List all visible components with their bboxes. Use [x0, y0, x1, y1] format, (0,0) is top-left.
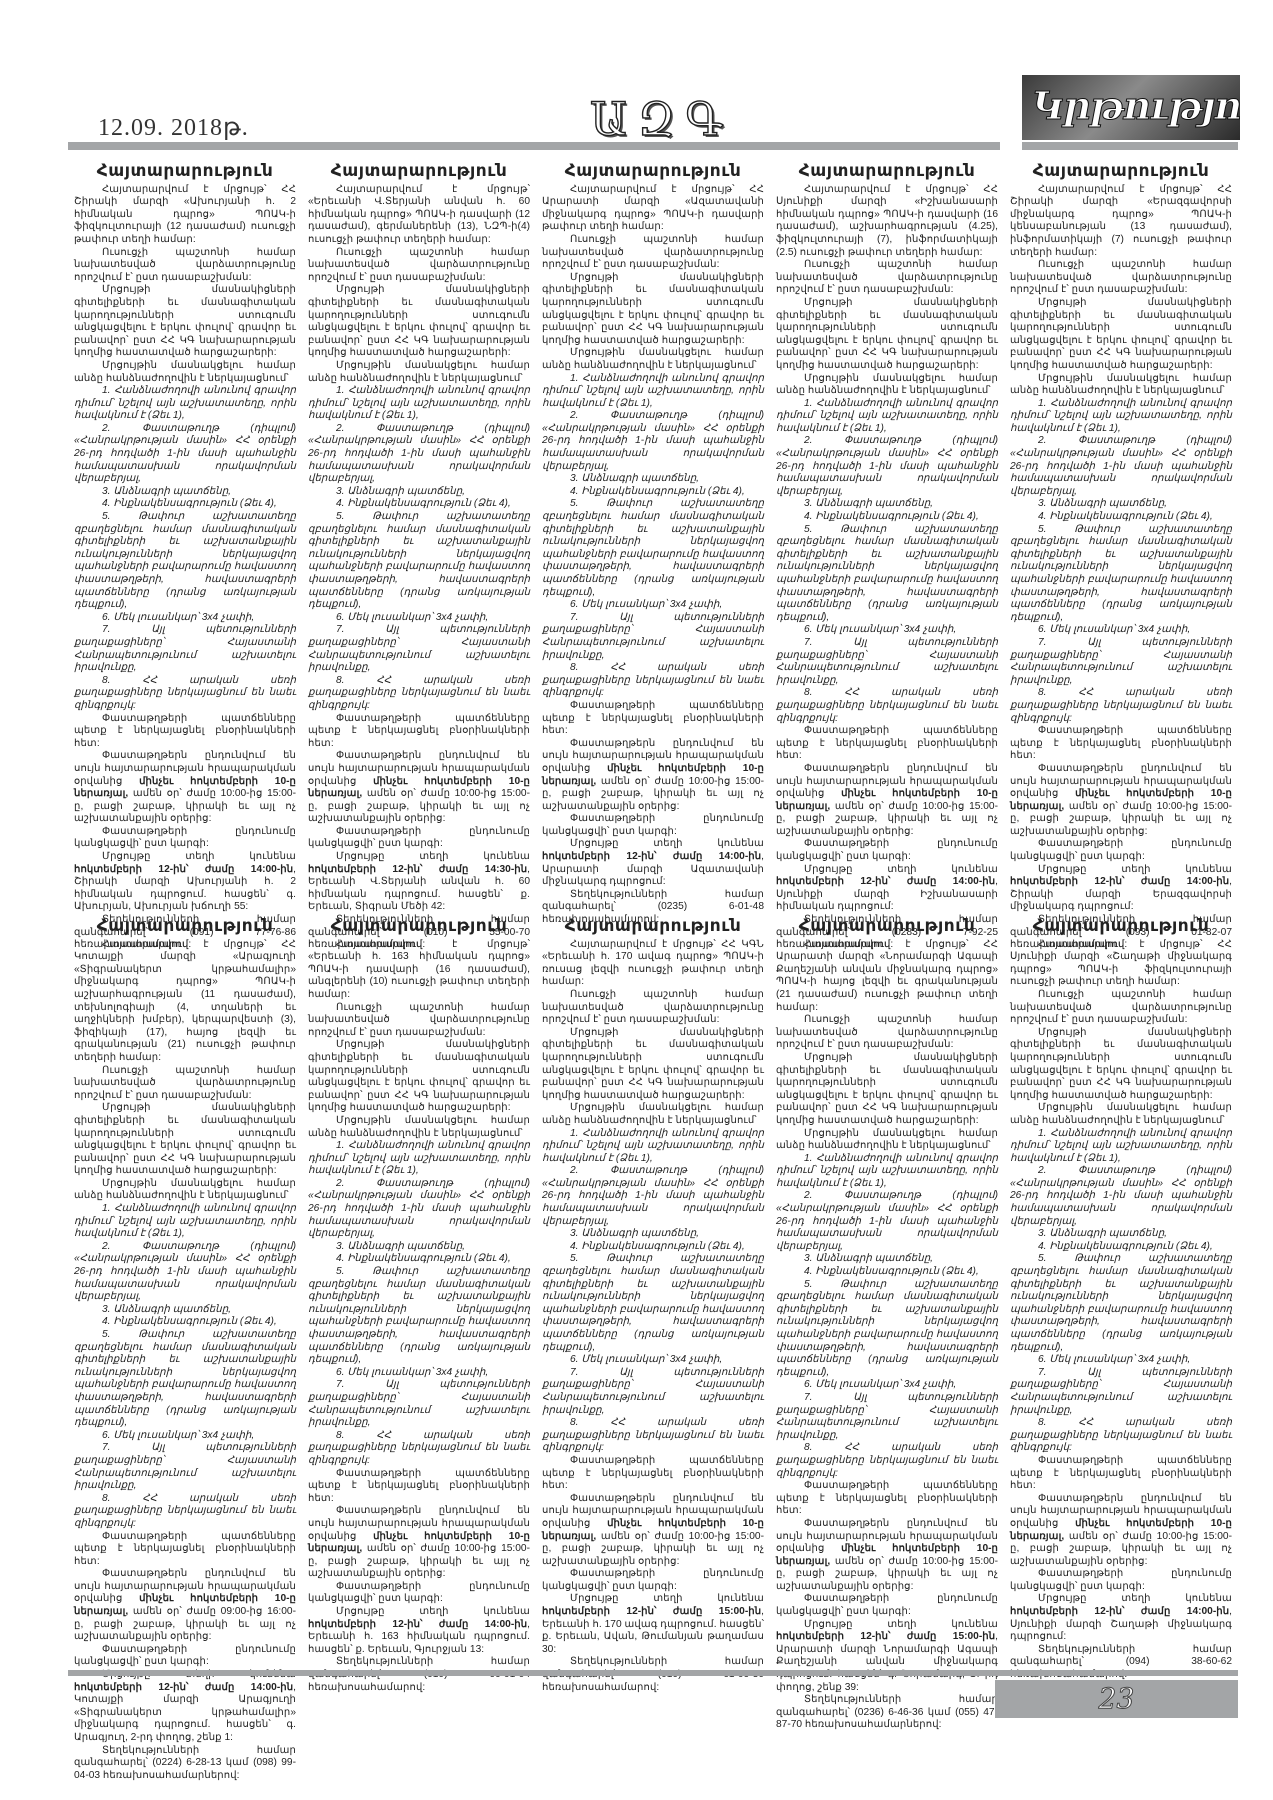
doc-item: 1. Հանձնաժողովի անունով գրավոր դիմում՝ ն… — [1010, 398, 1232, 436]
exam-datetime: հոկտեմբերի 12-ին՝ ժամը 14:00-ին — [74, 864, 293, 875]
doc-item: 1. Հանձնաժողովի անունով գրավոր դիմում՝ ն… — [776, 1153, 998, 1191]
doc-item: 8. ՀՀ արական սեռի քաղաքացիները ներկայացն… — [308, 675, 530, 713]
announcement: Հայտարարություն Հայտարարվում է մրցույթ՝ … — [1004, 165, 1238, 910]
announcement-venue: Մրցույթը տեղի կունենա հոկտեմբերի 12-ին՝ … — [542, 838, 764, 888]
announcement-docs-intro: Մրցույթին մասնակցելու համար անձը հանձնաժ… — [308, 1115, 530, 1140]
announcement-heading: Հայտարարություն — [1010, 920, 1232, 933]
doc-item: 8. ՀՀ արական սեռի քաղաքացիները ներկայացն… — [1010, 687, 1232, 725]
doc-item: 4. Ինքնակենսագրություն (Ձեւ 4), — [542, 486, 764, 499]
doc-item: 5. Թափուր աշխատատեղը զբաղեցնելու համար մ… — [542, 1253, 764, 1354]
announcement-heading: Հայտարարություն — [308, 920, 530, 933]
announcement-order: Փաստաթղթերի ընդունումը կանցկացվի՝ ըստ կա… — [776, 1593, 998, 1618]
doc-item: 1. Հանձնաժողովի անունով գրավոր դիմում՝ ն… — [542, 373, 764, 411]
announcement-heading: Հայտարարություն — [542, 920, 764, 933]
doc-item: 3. Անձնագրի պատճենը, — [308, 1241, 530, 1254]
announcement-order: Փաստաթղթերի ընդունումը կանցկացվի՝ ըստ կա… — [308, 1581, 530, 1606]
doc-item: 4. Ինքնակենսագրություն (Ձեւ 4), — [776, 511, 998, 524]
announcement-acceptance: Փաստաթղթերն ընդունվում են սույն հայտարար… — [308, 1505, 530, 1581]
header-divider-right — [1022, 142, 1238, 150]
doc-item: 7. Այլ պետությունների քաղաքացիները՝ Հայա… — [308, 1379, 530, 1429]
announcement-intro: Հայտարարվում է մրցույթ՝ ՀՀ Արարատի մարզի… — [542, 184, 764, 234]
exam-datetime: հոկտեմբերի 12-ին՝ ժամը 14:00-ին — [776, 876, 995, 887]
announcement: Հայտարարություն Հայտարարվում է մրցույթ՝ … — [536, 920, 770, 1550]
announcement-intro: Հայտարարվում է մրցույթ՝ ՀՀ Արարատի մարզի… — [776, 939, 998, 1015]
announcement-venue: Մրցույթը տեղի կունենա հոկտեմբերի 12-ին՝ … — [776, 864, 998, 914]
doc-item: 7. Այլ պետությունների քաղաքացիները՝ Հայա… — [74, 624, 296, 674]
announcement-exam: Մրցույթի մասնակիցների գիտելիքների եւ մաս… — [1010, 297, 1232, 373]
announcement-acceptance: Փաստաթղթերն ընդունվում են սույն հայտարար… — [74, 750, 296, 826]
doc-item: 8. ՀՀ արական սեռի քաղաքացիները ներկայացն… — [74, 675, 296, 713]
announcement-acceptance: Փաստաթղթերն ընդունվում են սույն հայտարար… — [1010, 763, 1232, 839]
announcement-intro: Հայտարարվում է մրցույթ՝ ՀՀ Շիրակի մարզի … — [1010, 184, 1232, 260]
announcement-copies: Փաստաթղթերի պատճենները պետք է ներկայացնե… — [776, 725, 998, 763]
doc-item: 2. Փաստաթուղթ (դիպլոմ) «Հանրակրթության մ… — [542, 410, 764, 473]
announcement-venue: Մրցույթը տեղի կունենա հոկտեմբերի 12-ին՝ … — [542, 1593, 764, 1656]
doc-item: 4. Ինքնակենսագրություն (Ձեւ 4), — [776, 1266, 998, 1279]
doc-item: 8. ՀՀ արական սեռի քաղաքացիները ներկայացն… — [74, 1493, 296, 1531]
announcement-intro: Հայտարարվում է մրցույթ՝ «Երեւանի Վ.Տերյա… — [308, 184, 530, 247]
doc-item: 6. Մեկ լուսանկար՝ 3x4 չափի, — [74, 612, 296, 625]
doc-item: 2. Փաստաթուղթ (դիպլոմ) «Հանրակրթության մ… — [542, 1165, 764, 1228]
announcement-intro: Հայտարարվում է մրցույթ՝ ՀՀ Շիրակի մարզի … — [74, 184, 296, 247]
announcement-order: Փաստաթղթերի ընդունումը կանցկացվի՝ ըստ կա… — [74, 826, 296, 851]
announcement-heading: Հայտարարություն — [74, 920, 296, 933]
doc-item: 3. Անձնագրի պատճենը, — [776, 498, 998, 511]
doc-item: 6. Մեկ լուսանկար՝ 3x4 չափի, — [776, 624, 998, 637]
announcement-order: Փաստաթղթերի ընդունումը կանցկացվի՝ ըստ կա… — [542, 813, 764, 838]
doc-item: 4. Ինքնակենսագրություն (Ձեւ 4), — [542, 1241, 764, 1254]
doc-item: 5. Թափուր աշխատատեղը զբաղեցնելու համար մ… — [308, 1266, 530, 1367]
exam-datetime: հոկտեմբերի 12-ին՝ ժամը 14:00-ին — [1010, 1606, 1229, 1617]
announcement-evaluation: Ուսուցչի պաշտոնի համար նախատեսված վարձատ… — [776, 1014, 998, 1052]
announcement-acceptance: Փաստաթղթերն ընդունվում են սույն հայտարար… — [1010, 1493, 1232, 1569]
announcement-exam: Մրցույթի մասնակիցների գիտելիքների եւ մաս… — [1010, 1027, 1232, 1103]
announcement-venue: Մրցույթը տեղի կունենա հոկտեմբերի 12-ին՝ … — [74, 1669, 296, 1745]
issue-date: 12.09. 2018թ. — [98, 113, 249, 142]
announcement-copies: Փաստաթղթերի պատճենները պետք է ներկայացնե… — [74, 1531, 296, 1569]
announcement-copies: Փաստաթղթերի պատճենները պետք է ներկայացնե… — [1010, 725, 1232, 763]
announcement-order: Փաստաթղթերի ընդունումը կանցկացվի՝ ըստ կա… — [74, 1644, 296, 1669]
announcement-order: Փաստաթղթերի ընդունումը կանցկացվի՝ ըստ կա… — [542, 1568, 764, 1593]
announcements-row-2: Հայտարարություն Հայտարարվում է մրցույթ՝ … — [68, 920, 1238, 1550]
doc-item: 6. Մեկ լուսանկար՝ 3x4 չափի, — [542, 1354, 764, 1367]
doc-item: 8. ՀՀ արական սեռի քաղաքացիները ներկայացն… — [776, 1442, 998, 1480]
doc-item: 1. Հանձնաժողովի անունով գրավոր դիմում՝ ն… — [542, 1128, 764, 1166]
doc-item: 5. Թափուր աշխատատեղը զբաղեցնելու համար մ… — [1010, 1253, 1232, 1354]
doc-item: 5. Թափուր աշխատատեղը զբաղեցնելու համար մ… — [1010, 524, 1232, 625]
exam-datetime: հոկտեմբերի 12-ին՝ ժամը 14:00-ին — [542, 851, 761, 862]
doc-item: 4. Ինքնակենսագրություն (Ձեւ 4), — [1010, 1241, 1232, 1254]
doc-item: 7. Այլ պետությունների քաղաքացիները՝ Հայա… — [776, 637, 998, 687]
doc-item: 5. Թափուր աշխատատեղը զբաղեցնելու համար մ… — [776, 1279, 998, 1380]
page-number: 23 — [995, 1682, 1238, 1715]
doc-item: 7. Այլ պետությունների քաղաքացիները՝ Հայա… — [1010, 637, 1232, 687]
announcement: Հայտարարություն Հայտարարվում է մրցույթ՝ … — [302, 920, 536, 1550]
announcement-evaluation: Ուսուցչի պաշտոնի համար նախատեսված վարձատ… — [1010, 989, 1232, 1027]
announcement-intro: Հայտարարվում է մրցույթ՝ ՀՀ Սյունիքի մարզ… — [1010, 939, 1232, 989]
doc-item: 5. Թափուր աշխատատեղը զբաղեցնելու համար մ… — [542, 498, 764, 599]
announcement-exam: Մրցույթի մասնակիցների գիտելիքների եւ մաս… — [776, 297, 998, 373]
doc-item: 1. Հանձնաժողովի անունով գրավոր դիմում՝ ն… — [1010, 1128, 1232, 1166]
doc-item: 4. Ինքնակենսագրություն (Ձեւ 4), — [74, 1316, 296, 1329]
doc-item: 6. Մեկ լուսանկար՝ 3x4 չափի, — [308, 1367, 530, 1380]
doc-item: 1. Հանձնաժողովի անունով գրավոր դիմում՝ ն… — [308, 1140, 530, 1178]
announcement-exam: Մրցույթի մասնակիցների գիտելիքների եւ մաս… — [542, 272, 764, 348]
section-badge: Կրթություն — [1022, 75, 1240, 140]
announcement-docs-intro: Մրցույթին մասնակցելու համար անձը հանձնաժ… — [542, 1102, 764, 1127]
announcement-docs-intro: Մրցույթին մասնակցելու համար անձը հանձնաժ… — [1010, 1102, 1232, 1127]
doc-item: 1. Հանձնաժողովի անունով գրավոր դիմում՝ ն… — [74, 1203, 296, 1241]
announcement-contact: Տեղեկությունների համար զանգահարել՝ (0224… — [74, 1745, 296, 1783]
announcement-exam: Մրցույթի մասնակիցների գիտելիքների եւ մաս… — [776, 1052, 998, 1128]
doc-item: 6. Մեկ լուսանկար՝ 3x4 չափի, — [1010, 624, 1232, 637]
announcement-heading: Հայտարարություն — [74, 165, 296, 178]
doc-item: 3. Անձնագրի պատճենը, — [308, 486, 530, 499]
announcement-copies: Փաստաթղթերի պատճենները պետք է ներկայացնե… — [542, 700, 764, 738]
doc-item: 3. Անձնագրի պատճենը, — [776, 1253, 998, 1266]
doc-item: 4. Ինքնակենսագրություն (Ձեւ 4), — [74, 498, 296, 511]
announcement-acceptance: Փաստաթղթերն ընդունվում են սույն հայտարար… — [308, 750, 530, 826]
announcement-exam: Մրցույթի մասնակիցների գիտելիքների եւ մաս… — [74, 1102, 296, 1178]
doc-item: 3. Անձնագրի պատճենը, — [1010, 498, 1232, 511]
exam-datetime: հոկտեմբերի 12-ին՝ ժամը 14:00-ին — [308, 1619, 527, 1630]
announcement: Հայտարարություն Հայտարարվում է մրցույթ՝ … — [770, 165, 1004, 910]
announcement-contact: Տեղեկությունների համար զանգահարել՝ (0236… — [776, 1694, 998, 1732]
announcement-heading: Հայտարարություն — [776, 165, 998, 178]
announcement-venue: Մրցույթը տեղի կունենա հոկտեմբերի 12-ին՝ … — [776, 1619, 998, 1695]
doc-item: 4. Ինքնակենսագրություն (Ձեւ 4), — [308, 498, 530, 511]
announcement-order: Փաստաթղթերի ընդունումը կանցկացվի՝ ըստ կա… — [776, 838, 998, 863]
doc-item: 1. Հանձնաժողովի անունով գրավոր դիմում՝ ն… — [776, 398, 998, 436]
exam-datetime: հոկտեմբերի 12-ին՝ ժամը 15:00-ին — [542, 1606, 761, 1617]
announcement-acceptance: Փաստաթղթերն ընդունվում են սույն հայտարար… — [776, 1518, 998, 1594]
announcement-order: Փաստաթղթերի ընդունումը կանցկացվի՝ ըստ կա… — [1010, 1568, 1232, 1593]
announcement-order: Փաստաթղթերի ընդունումը կանցկացվի՝ ըստ կա… — [1010, 838, 1232, 863]
doc-item: 2. Փաստաթուղթ (դիպլոմ) «Հանրակրթության մ… — [776, 1190, 998, 1253]
announcement: Հայտարարություն Հայտարարվում է մրցույթ՝ … — [302, 165, 536, 910]
announcement: Հայտարարություն Հայտարարվում է մրցույթ՝ … — [770, 920, 1004, 1550]
doc-item: 4. Ինքնակենսագրություն (Ձեւ 4), — [1010, 511, 1232, 524]
announcement-heading: Հայտարարություն — [308, 165, 530, 178]
announcement-evaluation: Ուսուցչի պաշտոնի համար նախատեսված վարձատ… — [542, 989, 764, 1027]
announcement: Հայտարարություն Հայտարարվում է մրցույթ՝ … — [536, 165, 770, 910]
announcement-evaluation: Ուսուցչի պաշտոնի համար նախատեսված վարձատ… — [74, 1065, 296, 1103]
doc-item: 8. ՀՀ արական սեռի քաղաքացիները ներկայացն… — [542, 662, 764, 700]
announcement-heading: Հայտարարություն — [1010, 165, 1232, 178]
announcement-copies: Փաստաթղթերի պատճենները պետք է ներկայացնե… — [776, 1480, 998, 1518]
doc-item: 6. Մեկ լուսանկար՝ 3x4 չափի, — [74, 1430, 296, 1443]
doc-item: 1. Հանձնաժողովի անունով գրավոր դիմում՝ ն… — [74, 385, 296, 423]
announcement: Հայտարարություն Հայտարարվում է մրցույթ՝ … — [68, 920, 302, 1550]
announcement-evaluation: Ուսուցչի պաշտոնի համար նախատեսված վարձատ… — [308, 1002, 530, 1040]
announcement-copies: Փաստաթղթերի պատճենները պետք է ներկայացնե… — [1010, 1455, 1232, 1493]
announcement-venue: Մրցույթը տեղի կունենա հոկտեմբերի 12-ին՝ … — [308, 851, 530, 914]
announcement-acceptance: Փաստաթղթերն ընդունվում են սույն հայտարար… — [542, 1493, 764, 1569]
announcement-evaluation: Ուսուցչի պաշտոնի համար նախատեսված վարձատ… — [1010, 259, 1232, 297]
exam-datetime: հոկտեմբերի 12-ին՝ ժամը 14:00-ին — [74, 1682, 293, 1693]
announcement-copies: Փաստաթղթերի պատճենները պետք է ներկայացնե… — [308, 713, 530, 751]
page-header: 12.09. 2018թ. ԱԶԳ Կրթություն — [0, 0, 1273, 160]
announcement-evaluation: Ուսուցչի պաշտոնի համար նախատեսված վարձատ… — [308, 247, 530, 285]
exam-datetime: հոկտեմբերի 12-ին՝ ժամը 14:30-ին — [308, 864, 527, 875]
doc-item: 6. Մեկ լուսանկար՝ 3x4 չափի, — [1010, 1354, 1232, 1367]
announcement-evaluation: Ուսուցչի պաշտոնի համար նախատեսված վարձատ… — [776, 259, 998, 297]
announcement-venue: Մրցույթը տեղի կունենա հոկտեմբերի 12-ին՝ … — [308, 1606, 530, 1656]
announcement-docs-intro: Մրցույթին մասնակցելու համար անձը հանձնաժ… — [542, 347, 764, 372]
announcement-evaluation: Ուսուցչի պաշտոնի համար նախատեսված վարձատ… — [542, 234, 764, 272]
doc-item: 8. ՀՀ արական սեռի քաղաքացիները ներկայացն… — [1010, 1417, 1232, 1455]
doc-item: 5. Թափուր աշխատատեղը զբաղեցնելու համար մ… — [776, 524, 998, 625]
doc-item: 5. Թափուր աշխատատեղը զբաղեցնելու համար մ… — [308, 511, 530, 612]
doc-item: 7. Այլ պետությունների քաղաքացիները՝ Հայա… — [74, 1442, 296, 1492]
doc-item: 7. Այլ պետությունների քաղաքացիները՝ Հայա… — [542, 612, 764, 662]
announcement-heading: Հայտարարություն — [776, 920, 998, 933]
page-number-box: 23 — [995, 1680, 1238, 1718]
doc-item: 7. Այլ պետությունների քաղաքացիները՝ Հայա… — [542, 1367, 764, 1417]
announcement: Հայտարարություն Հայտարարվում է մրցույթ՝ … — [1004, 920, 1238, 1550]
announcement-venue: Մրցույթը տեղի կունենա հոկտեմբերի 12-ին՝ … — [74, 851, 296, 914]
announcement-exam: Մրցույթի մասնակիցների գիտելիքների եւ մաս… — [542, 1027, 764, 1103]
doc-item: 4. Ինքնակենսագրություն (Ձեւ 4), — [308, 1253, 530, 1266]
announcement-venue: Մրցույթը տեղի կունենա հոկտեմբերի 12-ին՝ … — [1010, 864, 1232, 914]
doc-item: 6. Մեկ լուսանկար՝ 3x4 չափի, — [308, 612, 530, 625]
announcement-docs-intro: Մրցույթին մասնակցելու համար անձը հանձնաժ… — [776, 1128, 998, 1153]
exam-datetime: հոկտեմբերի 12-ին՝ ժամը 15:00-ին — [776, 1631, 995, 1642]
doc-item: 2. Փաստաթուղթ (դիպլոմ) «Հանրակրթության մ… — [1010, 1165, 1232, 1228]
doc-item: 7. Այլ պետությունների քաղաքացիները՝ Հայա… — [776, 1392, 998, 1442]
doc-item: 8. ՀՀ արական սեռի քաղաքացիները ներկայացն… — [542, 1417, 764, 1455]
announcement-intro: Հայտարարվում է մրցույթ՝ «Երեւանի հ. 163 … — [308, 939, 530, 1002]
announcements-row-1: Հայտարարություն Հայտարարվում է մրցույթ՝ … — [68, 165, 1238, 910]
announcement-order: Փաստաթղթերի ընդունումը կանցկացվի՝ ըստ կա… — [308, 826, 530, 851]
doc-item: 3. Անձնագրի պատճենը, — [74, 486, 296, 499]
doc-item: 5. Թափուր աշխատատեղը զբաղեցնելու համար մ… — [74, 1329, 296, 1430]
doc-item: 6. Մեկ լուսանկար՝ 3x4 չափի, — [776, 1379, 998, 1392]
doc-item: 2. Փաստաթուղթ (դիպլոմ) «Հանրակրթության մ… — [776, 435, 998, 498]
doc-item: 3. Անձնագրի պատճենը, — [542, 473, 764, 486]
doc-item: 3. Անձնագրի պատճենը, — [542, 1228, 764, 1241]
announcement-intro: Հայտարարվում է մրցույթ՝ ՀՀ Սյունիքի մարզ… — [776, 184, 998, 260]
announcement-acceptance: Փաստաթղթերն ընդունվում են սույն հայտարար… — [776, 763, 998, 839]
doc-item: 2. Փաստաթուղթ (դիպլոմ) «Հանրակրթության մ… — [308, 1178, 530, 1241]
doc-item: 2. Փաստաթուղթ (դիպլոմ) «Հանրակրթության մ… — [74, 423, 296, 486]
announcement-copies: Փաստաթղթերի պատճենները պետք է ներկայացնե… — [542, 1455, 764, 1493]
doc-item: 5. Թափուր աշխատատեղը զբաղեցնելու համար մ… — [74, 511, 296, 612]
announcement-acceptance: Փաստաթղթերն ընդունվում են սույն հայտարար… — [74, 1568, 296, 1644]
announcement-docs-intro: Մրցույթին մասնակցելու համար անձը հանձնաժ… — [74, 1178, 296, 1203]
doc-item: 8. ՀՀ արական սեռի քաղաքացիները ներկայացն… — [308, 1430, 530, 1468]
exam-datetime: հոկտեմբերի 12-ին՝ ժամը 14:00-ին — [1010, 876, 1229, 887]
header-divider — [68, 142, 1000, 150]
announcement-docs-intro: Մրցույթին մասնակցելու համար անձը հանձնաժ… — [74, 360, 296, 385]
announcement-evaluation: Ուսուցչի պաշտոնի համար նախատեսված վարձատ… — [74, 247, 296, 285]
announcement-intro: Հայտարարվում է մրցույթ՝ ՀՀ ԿԳՆ «Երեւանի … — [542, 939, 764, 989]
announcement-heading: Հայտարարություն — [542, 165, 764, 178]
doc-item: 2. Փաստաթուղթ (դիպլոմ) «Հանրակրթության մ… — [308, 423, 530, 486]
announcement-docs-intro: Մրցույթին մասնակցելու համար անձը հանձնաժ… — [308, 360, 530, 385]
doc-item: 3. Անձնագրի պատճենը, — [1010, 1228, 1232, 1241]
doc-item: 2. Փաստաթուղթ (դիպլոմ) «Հանրակրթության մ… — [1010, 435, 1232, 498]
announcement-acceptance: Փաստաթղթերն ընդունվում են սույն հայտարար… — [542, 738, 764, 814]
newspaper-masthead: ԱԶԳ — [590, 92, 733, 146]
doc-item: 7. Այլ պետությունների քաղաքացիները՝ Հայա… — [1010, 1367, 1232, 1417]
doc-item: 6. Մեկ լուսանկար՝ 3x4 չափի, — [542, 599, 764, 612]
section-title: Կրթություն — [1032, 83, 1240, 128]
announcement-docs-intro: Մրցույթին մասնակցելու համար անձը հանձնաժ… — [1010, 373, 1232, 398]
announcement-docs-intro: Մրցույթին մասնակցելու համար անձը հանձնաժ… — [776, 373, 998, 398]
announcement-exam: Մրցույթի մասնակիցների գիտելիքների եւ մաս… — [308, 284, 530, 360]
announcement-copies: Փաստաթղթերի պատճենները պետք է ներկայացնե… — [74, 713, 296, 751]
doc-item: 2. Փաստաթուղթ (դիպլոմ) «Հանրակրթության մ… — [74, 1241, 296, 1304]
doc-item: 3. Անձնագրի պատճենը, — [74, 1304, 296, 1317]
announcement-copies: Փաստաթղթերի պատճենները պետք է ներկայացնե… — [308, 1468, 530, 1506]
doc-item: 1. Հանձնաժողովի անունով գրավոր դիմում՝ ն… — [308, 385, 530, 423]
doc-item: 8. ՀՀ արական սեռի քաղաքացիները ներկայացն… — [776, 687, 998, 725]
announcement-intro: Հայտարարվում է մրցույթ՝ ՀՀ Կոտայքի մարզի… — [74, 939, 296, 1065]
announcement-exam: Մրցույթի մասնակիցների գիտելիքների եւ մաս… — [74, 284, 296, 360]
announcement-venue: Մրցույթը տեղի կունենա հոկտեմբերի 12-ին՝ … — [1010, 1593, 1232, 1643]
footer-divider — [68, 1670, 1238, 1676]
doc-item: 7. Այլ պետությունների քաղաքացիները՝ Հայա… — [308, 624, 530, 674]
announcement: Հայտարարություն Հայտարարվում է մրցույթ՝ … — [68, 165, 302, 910]
announcement-exam: Մրցույթի մասնակիցների գիտելիքների եւ մաս… — [308, 1039, 530, 1115]
